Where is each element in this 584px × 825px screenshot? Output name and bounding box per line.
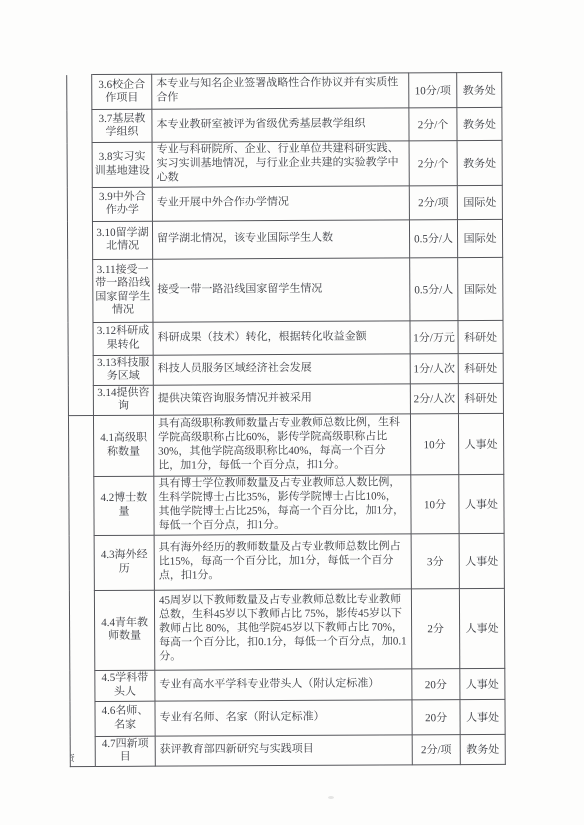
table-row: 3.11接受一带一路沿线国家留学生情况接受一带一路沿线国家留学生情况0.5分/人… (68, 257, 503, 322)
department-cell: 人事处 (460, 699, 505, 734)
item-desc-cell: 具有博士学位教师数量及占专业教师总人数比例，生科学院博士占比35%，影传学院博士… (154, 475, 411, 535)
department-cell: 国际处 (458, 257, 503, 320)
scanned-page: 3.6校企合作项目本专业与知名企业签署战略性合作协议并有实质性合作10分/项教务… (0, 0, 584, 825)
item-name-cell: 4.3海外经历 (94, 535, 154, 590)
score-cell: 10分 (410, 413, 458, 474)
evaluation-criteria-table: 3.6校企合作项目本专业与知名企业签署战略性合作协议并有实质性合作10分/项教务… (66, 72, 506, 767)
table-row: 4.7四新项目获评教育部四新研究与实践项目2分/项教务处 (70, 734, 505, 766)
score-cell: 2分/个 (409, 108, 457, 141)
table-row: 3.9中外合作办学专业开展中外合作办学情况2分/项国际处 (67, 185, 502, 221)
department-cell: 科研处 (458, 383, 503, 413)
item-desc-cell: 提供决策咨询服务情况并被采用 (153, 384, 410, 415)
department-cell: 教务处 (457, 140, 502, 185)
score-cell: 0.5分/人 (410, 257, 458, 320)
table-row: 4 师资4.1高级职称数量具有高级职称教师数量占专业教师总数比例，生科学院高级职… (68, 413, 503, 476)
department-cell: 国际处 (457, 185, 502, 219)
item-desc-cell: 具有海外经历的教师数量及占专业教师总数比例占比15%，每高一个百分比，加1分，每… (154, 534, 411, 590)
score-table-body: 3.6校企合作项目本专业与知名企业签署战略性合作协议并有实质性合作10分/项教务… (67, 72, 506, 766)
item-name-cell: 4.1高级职称数量 (93, 415, 153, 476)
table-row: 4.2博士数量具有博士学位教师数量及占专业教师总人数比例，生科学院博士占比35%… (69, 474, 504, 535)
score-cell: 20分 (412, 668, 460, 699)
item-name-cell: 3.13科技服务区域 (93, 355, 153, 385)
department-cell: 科研处 (458, 320, 503, 353)
item-name-cell: 4.7四新项目 (95, 736, 155, 766)
score-cell: 1分/人次 (410, 353, 458, 383)
score-cell: 2分/人次 (410, 383, 458, 413)
department-cell: 人事处 (459, 588, 504, 668)
item-desc-cell: 本专业教研室被评为省级优秀基层教学组织 (152, 108, 409, 142)
item-desc-cell: 获评教育部四新研究与实践项目 (155, 735, 412, 766)
score-cell: 10分/项 (409, 73, 457, 108)
item-desc-cell: 科研成果（技术）转化，根据转化收益金额 (153, 321, 410, 355)
item-name-cell: 3.11接受一带一路沿线国家留学生情况 (93, 259, 153, 322)
item-name-cell: 3.6校企合作项目 (92, 74, 152, 109)
score-cell: 10分 (411, 474, 459, 533)
table-row: 3.13科技服务区域科技人员服务区域经济社会发展1分/人次科研处 (68, 353, 503, 385)
item-name-cell: 3.7基层教学组织 (92, 109, 152, 142)
table-row: 4.4青年教师数量45周岁以下教师数量及占专业教师总数比专业教师总数，生科45岁… (69, 588, 504, 670)
table-row: 3.8实习实训基地建设专业与科研院所、企业、行业单位共建科研实践、实习实训基地情… (67, 140, 502, 187)
score-cell: 3分 (411, 533, 459, 588)
item-desc-cell: 具有高级职称教师数量占专业教师总数比例，生科学院高级职称占比60%，影传学院高级… (153, 414, 410, 476)
department-cell: 人事处 (459, 474, 504, 533)
table-row: 4.6名师、名家专业有名师、名家（附认定标准）20分人事处 (70, 699, 505, 736)
department-cell: 教务处 (457, 72, 502, 107)
item-name-cell: 3.14提供咨询 (93, 385, 153, 415)
department-cell: 国际处 (457, 219, 502, 257)
score-cell: 2分 (411, 588, 459, 668)
item-name-cell: 4.4青年教师数量 (94, 590, 154, 670)
item-desc-cell: 45周岁以下教师数量及占专业教师总数比专业教师总数，生科45岁以下教师占比 75… (154, 589, 411, 670)
table-row: 3.12科研成果转化科研成果（技术）转化，根据转化收益金额1分/万元科研处 (68, 320, 503, 355)
item-desc-cell: 留学湖北情况，该专业国际学生人数 (152, 220, 409, 259)
score-cell: 20分 (412, 699, 460, 734)
item-desc-cell: 接受一带一路沿线国家留学生情况 (153, 258, 410, 322)
department-cell: 教务处 (457, 107, 502, 140)
category-cell (67, 75, 94, 416)
item-desc-cell: 专业与科研院所、企业、行业单位共建科研实践、实习实训基地情况，与行业企业共建的实… (152, 141, 409, 187)
score-cell: 0.5分/人 (409, 219, 457, 257)
item-desc-cell: 科技人员服务区域经济社会发展 (153, 354, 410, 385)
item-desc-cell: 专业有高水平学科专业带头人（附认定标准） (155, 669, 412, 701)
scan-smudge (328, 796, 334, 799)
table-row: 3.7基层教学组织本专业教研室被评为省级优秀基层教学组织2分/个教务处 (67, 107, 502, 142)
category-label: 4 师资 (68, 754, 75, 765)
department-cell: 人事处 (459, 533, 504, 588)
item-name-cell: 3.12科研成果转化 (93, 322, 153, 355)
table-row: 4.3海外经历具有海外经历的教师数量及占专业教师总数比例占比15%，每高一个百分… (69, 533, 504, 590)
item-name-cell: 4.6名师、名家 (95, 701, 155, 736)
table-row: 3.10留学湖北情况留学湖北情况，该专业国际学生人数0.5分/人国际处 (67, 219, 502, 259)
department-cell: 科研处 (458, 353, 503, 383)
category-cell: 4 师资 (68, 415, 95, 766)
department-cell: 人事处 (458, 413, 503, 474)
item-name-cell: 3.10留学湖北情况 (92, 221, 152, 259)
score-cell: 1分/万元 (410, 320, 458, 353)
item-name-cell: 4.5学科带头人 (95, 670, 155, 701)
score-cell: 2分/个 (409, 141, 457, 186)
score-cell: 2分/项 (412, 734, 460, 764)
department-cell: 教务处 (460, 734, 505, 764)
item-desc-cell: 专业开展中外合作办学情况 (152, 186, 409, 221)
item-name-cell: 3.9中外合作办学 (92, 187, 152, 221)
department-cell: 人事处 (460, 668, 505, 699)
table-row: 3.6校企合作项目本专业与知名企业签署战略性合作协议并有实质性合作10分/项教务… (67, 72, 502, 109)
table-row: 3.14提供咨询提供决策咨询服务情况并被采用2分/人次科研处 (68, 383, 503, 415)
item-desc-cell: 专业有名师、名家（附认定标准） (155, 700, 412, 736)
item-name-cell: 4.2博士数量 (94, 476, 154, 535)
score-cell: 2分/项 (409, 185, 457, 219)
table-row: 4.5学科带头人专业有高水平学科专业带头人（附认定标准）20分人事处 (70, 668, 505, 701)
item-name-cell: 3.8实习实训基地建设 (92, 142, 152, 187)
item-desc-cell: 本专业与知名企业签署战略性合作协议并有实质性合作 (152, 73, 409, 109)
